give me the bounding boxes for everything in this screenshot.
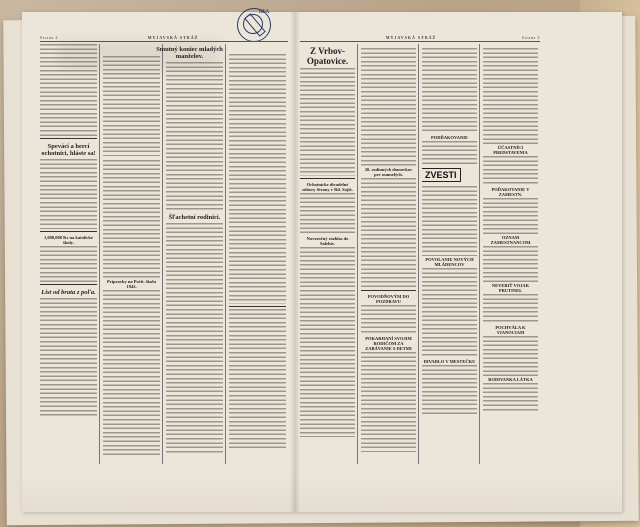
- paper-bottom-margin: [22, 470, 622, 512]
- column-2: Prípravky na Počit. školu 1942.: [103, 44, 163, 464]
- article-body: [361, 352, 416, 452]
- article-title: POKARHANÍ SVOJIM RODIČOM ZA ZABÁVANIE S …: [361, 335, 416, 352]
- center-fold: [290, 12, 300, 512]
- article-title: ÚČASTNÍCI PREDSTAVENIA: [483, 144, 538, 156]
- article-body: [300, 193, 355, 235]
- article-title: Z Vrbov-Opatovice.: [300, 44, 355, 68]
- divider: [361, 290, 416, 291]
- column-3: Smutný koniec mladých manželov. Šľachetn…: [166, 44, 226, 464]
- article-title: DIVADLO V MESTEČKU: [422, 358, 477, 365]
- stamp-label: HFA: [259, 10, 269, 15]
- left-page-header: Strana 2 MYJAVSKÁ STRÁŽ: [40, 30, 288, 42]
- article-body: [40, 159, 97, 229]
- masthead: MYJAVSKÁ STRÁŽ: [386, 35, 437, 40]
- divider: [229, 306, 286, 307]
- article-body: [361, 305, 416, 335]
- column-1: Spevácí a hercí ochotníci, hláste sa! 1,…: [40, 44, 100, 464]
- article-title: PODĎAKOVANIE: [422, 134, 477, 141]
- article-title: POVODŇOVÝM DO POZDRAVU: [361, 293, 416, 305]
- article-body: [422, 268, 477, 358]
- divider: [40, 231, 97, 232]
- article-title: Ochotnícke divadelné súbory Strany v Ril…: [300, 181, 355, 193]
- article-body: [422, 365, 477, 415]
- article-body: [300, 68, 355, 176]
- article-title: POVOLANIE NOVÝCH MLÁDENCOV: [422, 256, 477, 268]
- article-title: 1,000,000 Ks na katolícke školy.: [40, 234, 97, 246]
- page-number: Strana 3: [522, 35, 540, 40]
- article-body: [483, 156, 538, 186]
- article-body: [361, 178, 416, 288]
- article-title: Šľachetní rodinici.: [166, 212, 223, 223]
- article-body: [361, 48, 416, 166]
- article-title: OZNAM ZAMESTNANCOM: [483, 234, 538, 246]
- article-title: Prípravky na Počit. školu 1942.: [103, 278, 160, 290]
- article-body: [483, 336, 538, 376]
- article-body: [40, 246, 97, 282]
- divider: [40, 284, 97, 285]
- article-title: Spevácí a hercí ochotníci, hláste sa!: [40, 141, 97, 159]
- divider: [300, 178, 355, 179]
- article-body: [483, 48, 538, 144]
- article-body: [483, 246, 538, 282]
- column-4: [229, 44, 288, 464]
- article-body: [229, 309, 286, 449]
- page-number: Strana 2: [40, 35, 58, 40]
- article-body: [229, 54, 286, 304]
- article-body: [103, 290, 160, 456]
- article-title: POCHVÁLA K VIANOCIAM: [483, 324, 538, 336]
- article-title: POĎAKOVANIE V ZAMESTN.: [483, 186, 538, 198]
- article-body: [40, 44, 97, 136]
- article-body: [40, 298, 97, 418]
- article-body: [300, 247, 355, 437]
- article-body: [422, 186, 477, 256]
- right-page: MYJAVSKÁ STRÁŽ Strana 3 Z Vrbov-Opatovic…: [300, 30, 540, 464]
- article-title: Novoročný rozhlas do Salebie.: [300, 235, 355, 247]
- left-page-columns: Spevácí a hercí ochotníci, hláste sa! 1,…: [40, 44, 288, 464]
- article-title: NEVERIŤ VOJAK PRUTINEL: [483, 282, 538, 294]
- column-2: 20. rodinných domovkov pre osamelých. PO…: [361, 44, 419, 464]
- article-body: [422, 141, 477, 165]
- right-page-columns: Z Vrbov-Opatovice. Ochotnícke divadelné …: [300, 44, 540, 464]
- column-1: Z Vrbov-Opatovice. Ochotnícke divadelné …: [300, 44, 358, 464]
- article-body: [422, 48, 477, 134]
- article-title: List od brata z poľa.: [40, 287, 97, 298]
- article-title: RODIVANKA LÁTKA: [483, 376, 538, 383]
- article-body: [103, 56, 160, 156]
- article-body: [166, 223, 223, 453]
- article-title: Smutný koniec mladých manželov.: [156, 44, 223, 62]
- column-4: ÚČASTNÍCI PREDSTAVENIA POĎAKOVANIE V ZAM…: [483, 44, 540, 464]
- right-page-header: MYJAVSKÁ STRÁŽ Strana 3: [300, 30, 540, 42]
- divider: [40, 138, 97, 139]
- article-body: [103, 160, 160, 278]
- left-page: Strana 2 MYJAVSKÁ STRÁŽ Spevácí a hercí …: [40, 30, 288, 464]
- article-body: [166, 62, 223, 212]
- article-body: [483, 198, 538, 234]
- masthead: MYJAVSKÁ STRÁŽ: [148, 35, 199, 40]
- column-3: PODĎAKOVANIE ZVESTI POVOLANIE NOVÝCH MLÁ…: [422, 44, 480, 464]
- article-body: [483, 383, 538, 413]
- zvesti-heading: ZVESTI: [422, 168, 461, 182]
- article-body: [483, 294, 538, 324]
- article-title: 20. rodinných domovkov pre osamelých.: [361, 166, 416, 178]
